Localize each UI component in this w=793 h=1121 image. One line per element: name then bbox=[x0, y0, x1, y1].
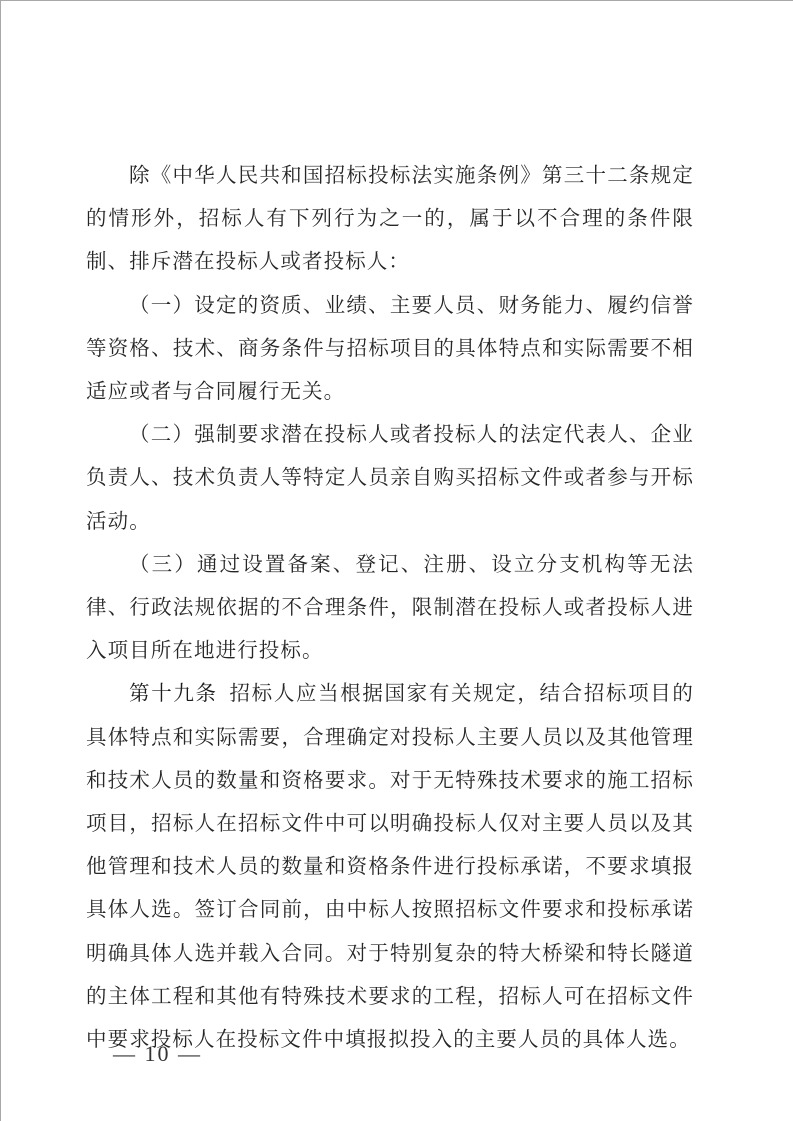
paragraph-item-3: （三）通过设置备案、登记、注册、设立分支机构等无法律、行政法规依据的不合理条件，… bbox=[86, 543, 694, 673]
article-number: 第十九条 bbox=[129, 681, 218, 705]
paragraph-item-1: （一）设定的资质、业绩、主要人员、财务能力、履约信誉等资格、技术、商务条件与招标… bbox=[86, 284, 694, 414]
page-number: — 10 — bbox=[113, 1041, 202, 1067]
paragraph-intro: 除《中华人民共和国招标投标法实施条例》第三十二条规定的情形外，招标人有下列行为之… bbox=[86, 154, 694, 284]
paragraph-article-19: 第十九条 招标人应当根据国家有关规定，结合招标项目的具体特点和实际需要，合理确定… bbox=[86, 672, 694, 1061]
paragraph-item-2: （二）强制要求潜在投标人或者投标人的法定代表人、企业负责人、技术负责人等特定人员… bbox=[86, 413, 694, 543]
article-body: 招标人应当根据国家有关规定，结合招标项目的具体特点和实际需要，合理确定对投标人主… bbox=[86, 681, 694, 1051]
document-body: 除《中华人民共和国招标投标法实施条例》第三十二条规定的情形外，招标人有下列行为之… bbox=[86, 154, 694, 1061]
document-page: 除《中华人民共和国招标投标法实施条例》第三十二条规定的情形外，招标人有下列行为之… bbox=[0, 0, 793, 1121]
